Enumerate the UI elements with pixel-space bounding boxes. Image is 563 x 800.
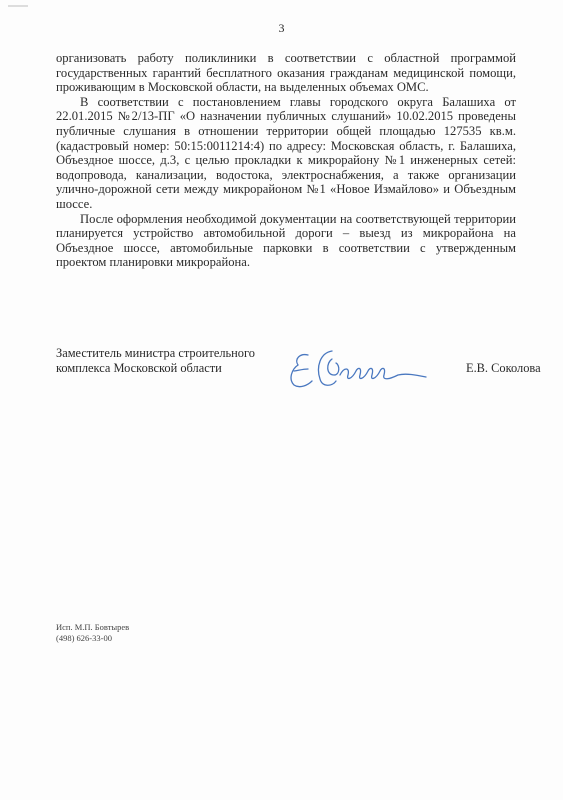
letter-body: организовать работу поликлиники в соотве… <box>56 51 516 270</box>
executor-info: Исп. М.П. Бовтырев (498) 626-33-00 <box>56 622 129 644</box>
signatory-title: Заместитель министра строительного компл… <box>56 346 255 376</box>
page-number: 3 <box>0 21 563 36</box>
paragraph-continuation: организовать работу поликлиники в соотве… <box>56 51 516 95</box>
executor-name: Исп. М.П. Бовтырев <box>56 622 129 633</box>
paragraph-road-plans: После оформления необходимой документаци… <box>56 212 516 270</box>
paragraph-public-hearings: В соответствии с постановлением главы го… <box>56 95 516 212</box>
signatory-title-line2: комплекса Московской области <box>56 361 255 376</box>
executor-phone: (498) 626-33-00 <box>56 633 129 644</box>
scan-artifact <box>8 5 28 7</box>
signatory-title-line1: Заместитель министра строительного <box>56 346 255 361</box>
handwritten-signature-icon <box>286 345 436 395</box>
signatory-name: Е.В. Соколова <box>466 361 541 376</box>
